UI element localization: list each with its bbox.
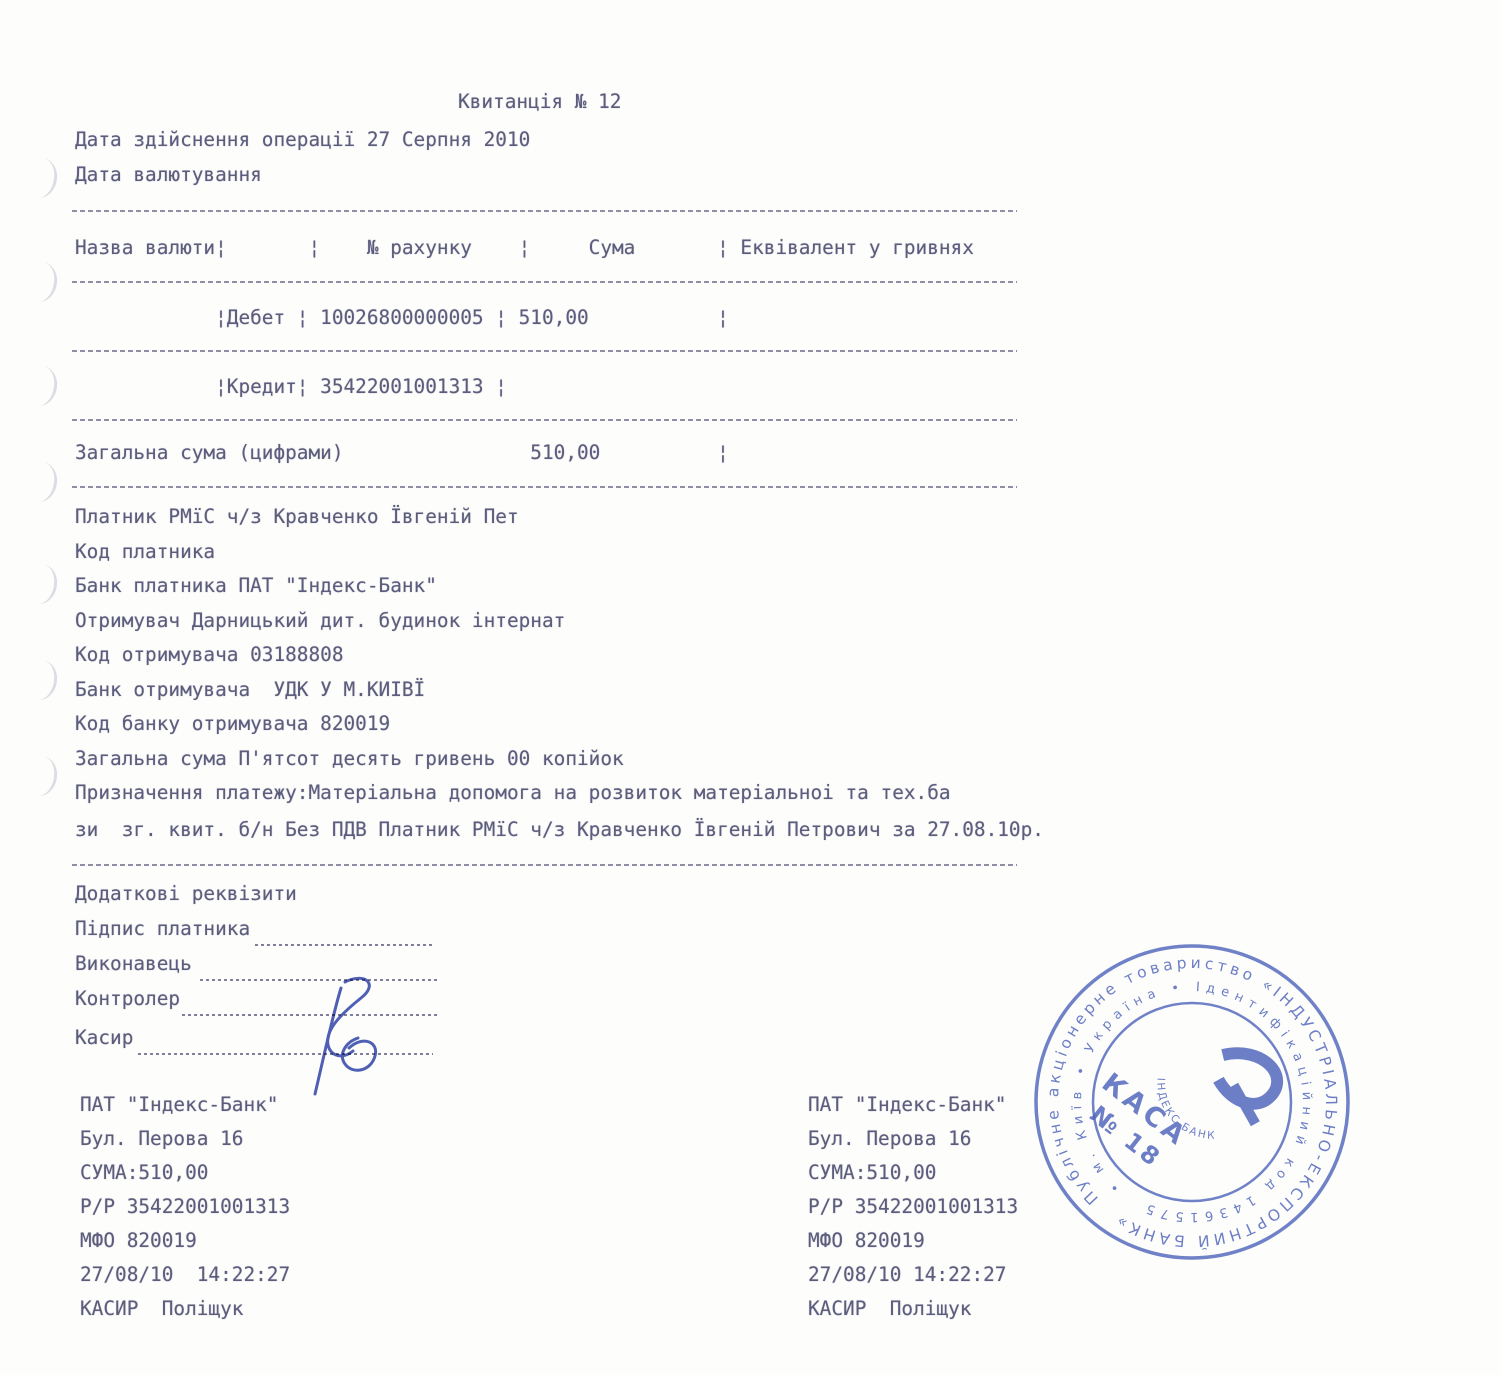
punch-mark: [21, 363, 60, 408]
table-divider: [72, 281, 1017, 283]
table-credit-row: ¦Кредит¦ 35422001001313 ¦: [75, 377, 507, 396]
bank-line-sum: СУМА:510,00: [80, 1163, 208, 1182]
table-divider: [72, 419, 1017, 421]
punch-mark: [21, 561, 60, 606]
punch-mark: [21, 155, 60, 200]
detail-line-total-words: Загальна сума П'ятсот десять гривень 00 …: [75, 749, 624, 768]
bank-line-mfo: МФО 820019: [80, 1231, 197, 1250]
detail-line-payer: Платник РМїС ч/з Кравченко Ївгеній Пет: [75, 507, 519, 526]
stamp-ring-outer-text: Публічне акціонерне товариство «ІНДУСТРІ…: [1016, 926, 1368, 1278]
detail-line-recipient: Отримувач Дарницький дит. будинок інтерн…: [75, 611, 565, 630]
bank-line-cashier: КАСИР Поліщук: [80, 1299, 243, 1318]
detail-line-purpose-1: Призначення платежу:Матеріальна допомога…: [75, 783, 951, 802]
bank-line-account: Р/Р 35422001001313: [808, 1197, 1018, 1216]
detail-line-payer-bank: Банк платника ПАТ "Індекс-Банк": [75, 576, 437, 595]
signature-line: [255, 944, 435, 946]
bank-line-datetime: 27/08/10 14:22:27: [80, 1265, 290, 1284]
table-total-row: Загальна сума (цифрами) 510,00 ¦: [75, 443, 729, 462]
bank-line-cashier: КАСИР Поліщук: [808, 1299, 971, 1318]
date-valuation-line: Дата валютування: [75, 165, 262, 184]
section-divider: [72, 864, 1017, 866]
table-debit-row: ¦Дебет ¦ 10026800000005 ¦ 510,00 ¦: [75, 308, 729, 327]
table-divider: [72, 210, 1017, 212]
receipt-title: Квитанція № 12: [458, 92, 621, 111]
punch-mark: [21, 459, 60, 504]
bank-line-sum: СУМА:510,00: [808, 1163, 936, 1182]
date-operation-line: Дата здійснення операції 27 Серпня 2010: [75, 130, 530, 149]
signature-label-controller: Контролер: [75, 989, 180, 1008]
detail-line-recipient-bank: Банк отримувача УДК У М.КИІВЇ: [75, 680, 425, 699]
signature-label-payer: Підпис платника: [75, 919, 250, 938]
bank-line-name: ПАТ "Індекс-Банк": [80, 1095, 278, 1114]
punch-mark: [21, 657, 60, 702]
handwritten-signature: [283, 972, 413, 1102]
punch-mark: [21, 753, 60, 798]
svg-text:Публічне акціонерне товариство: Публічне акціонерне товариство «ІНДУСТРІ…: [1016, 926, 1368, 1278]
table-divider: [72, 486, 1017, 488]
detail-line-recipient-code: Код отримувача 03188808: [75, 645, 344, 664]
bank-stamp: Публічне акціонерне товариство «ІНДУСТРІ…: [1016, 926, 1368, 1278]
additional-title: Додаткові реквізити: [75, 884, 297, 903]
bank-line-address: Бул. Перова 16: [808, 1129, 971, 1148]
stamp-ring-inner-text: • м. Київ • Україна • Ідентифікаційний к…: [1020, 930, 1364, 1274]
signature-label-cashier: Касир: [75, 1028, 133, 1047]
svg-text:• м. Київ • Україна • Ідентифі: • м. Київ • Україна • Ідентифікаційний к…: [1020, 930, 1364, 1274]
bank-line-mfo: МФО 820019: [808, 1231, 925, 1250]
detail-line-purpose-2: зи зг. квит. б/н Без ПДВ Платник РМїС ч/…: [75, 820, 1044, 839]
bank-line-account: Р/Р 35422001001313: [80, 1197, 290, 1216]
table-header-row: Назва валюти¦ ¦ № рахунку ¦ Сума ¦ Еквів…: [75, 238, 974, 257]
table-divider: [72, 350, 1017, 352]
bank-line-datetime: 27/08/10 14:22:27: [808, 1265, 1006, 1284]
bank-line-name: ПАТ "Індекс-Банк": [808, 1095, 1006, 1114]
bank-line-address: Бул. Перова 16: [80, 1129, 243, 1148]
detail-line-bank-code: Код банку отримувача 820019: [75, 714, 390, 733]
receipt-scan: Квитанція № 12 Дата здійснення операції …: [0, 0, 1500, 1375]
signature-label-executor: Виконавець: [75, 954, 192, 973]
detail-line-payer-code: Код платника: [75, 542, 215, 561]
punch-mark: [21, 259, 60, 304]
